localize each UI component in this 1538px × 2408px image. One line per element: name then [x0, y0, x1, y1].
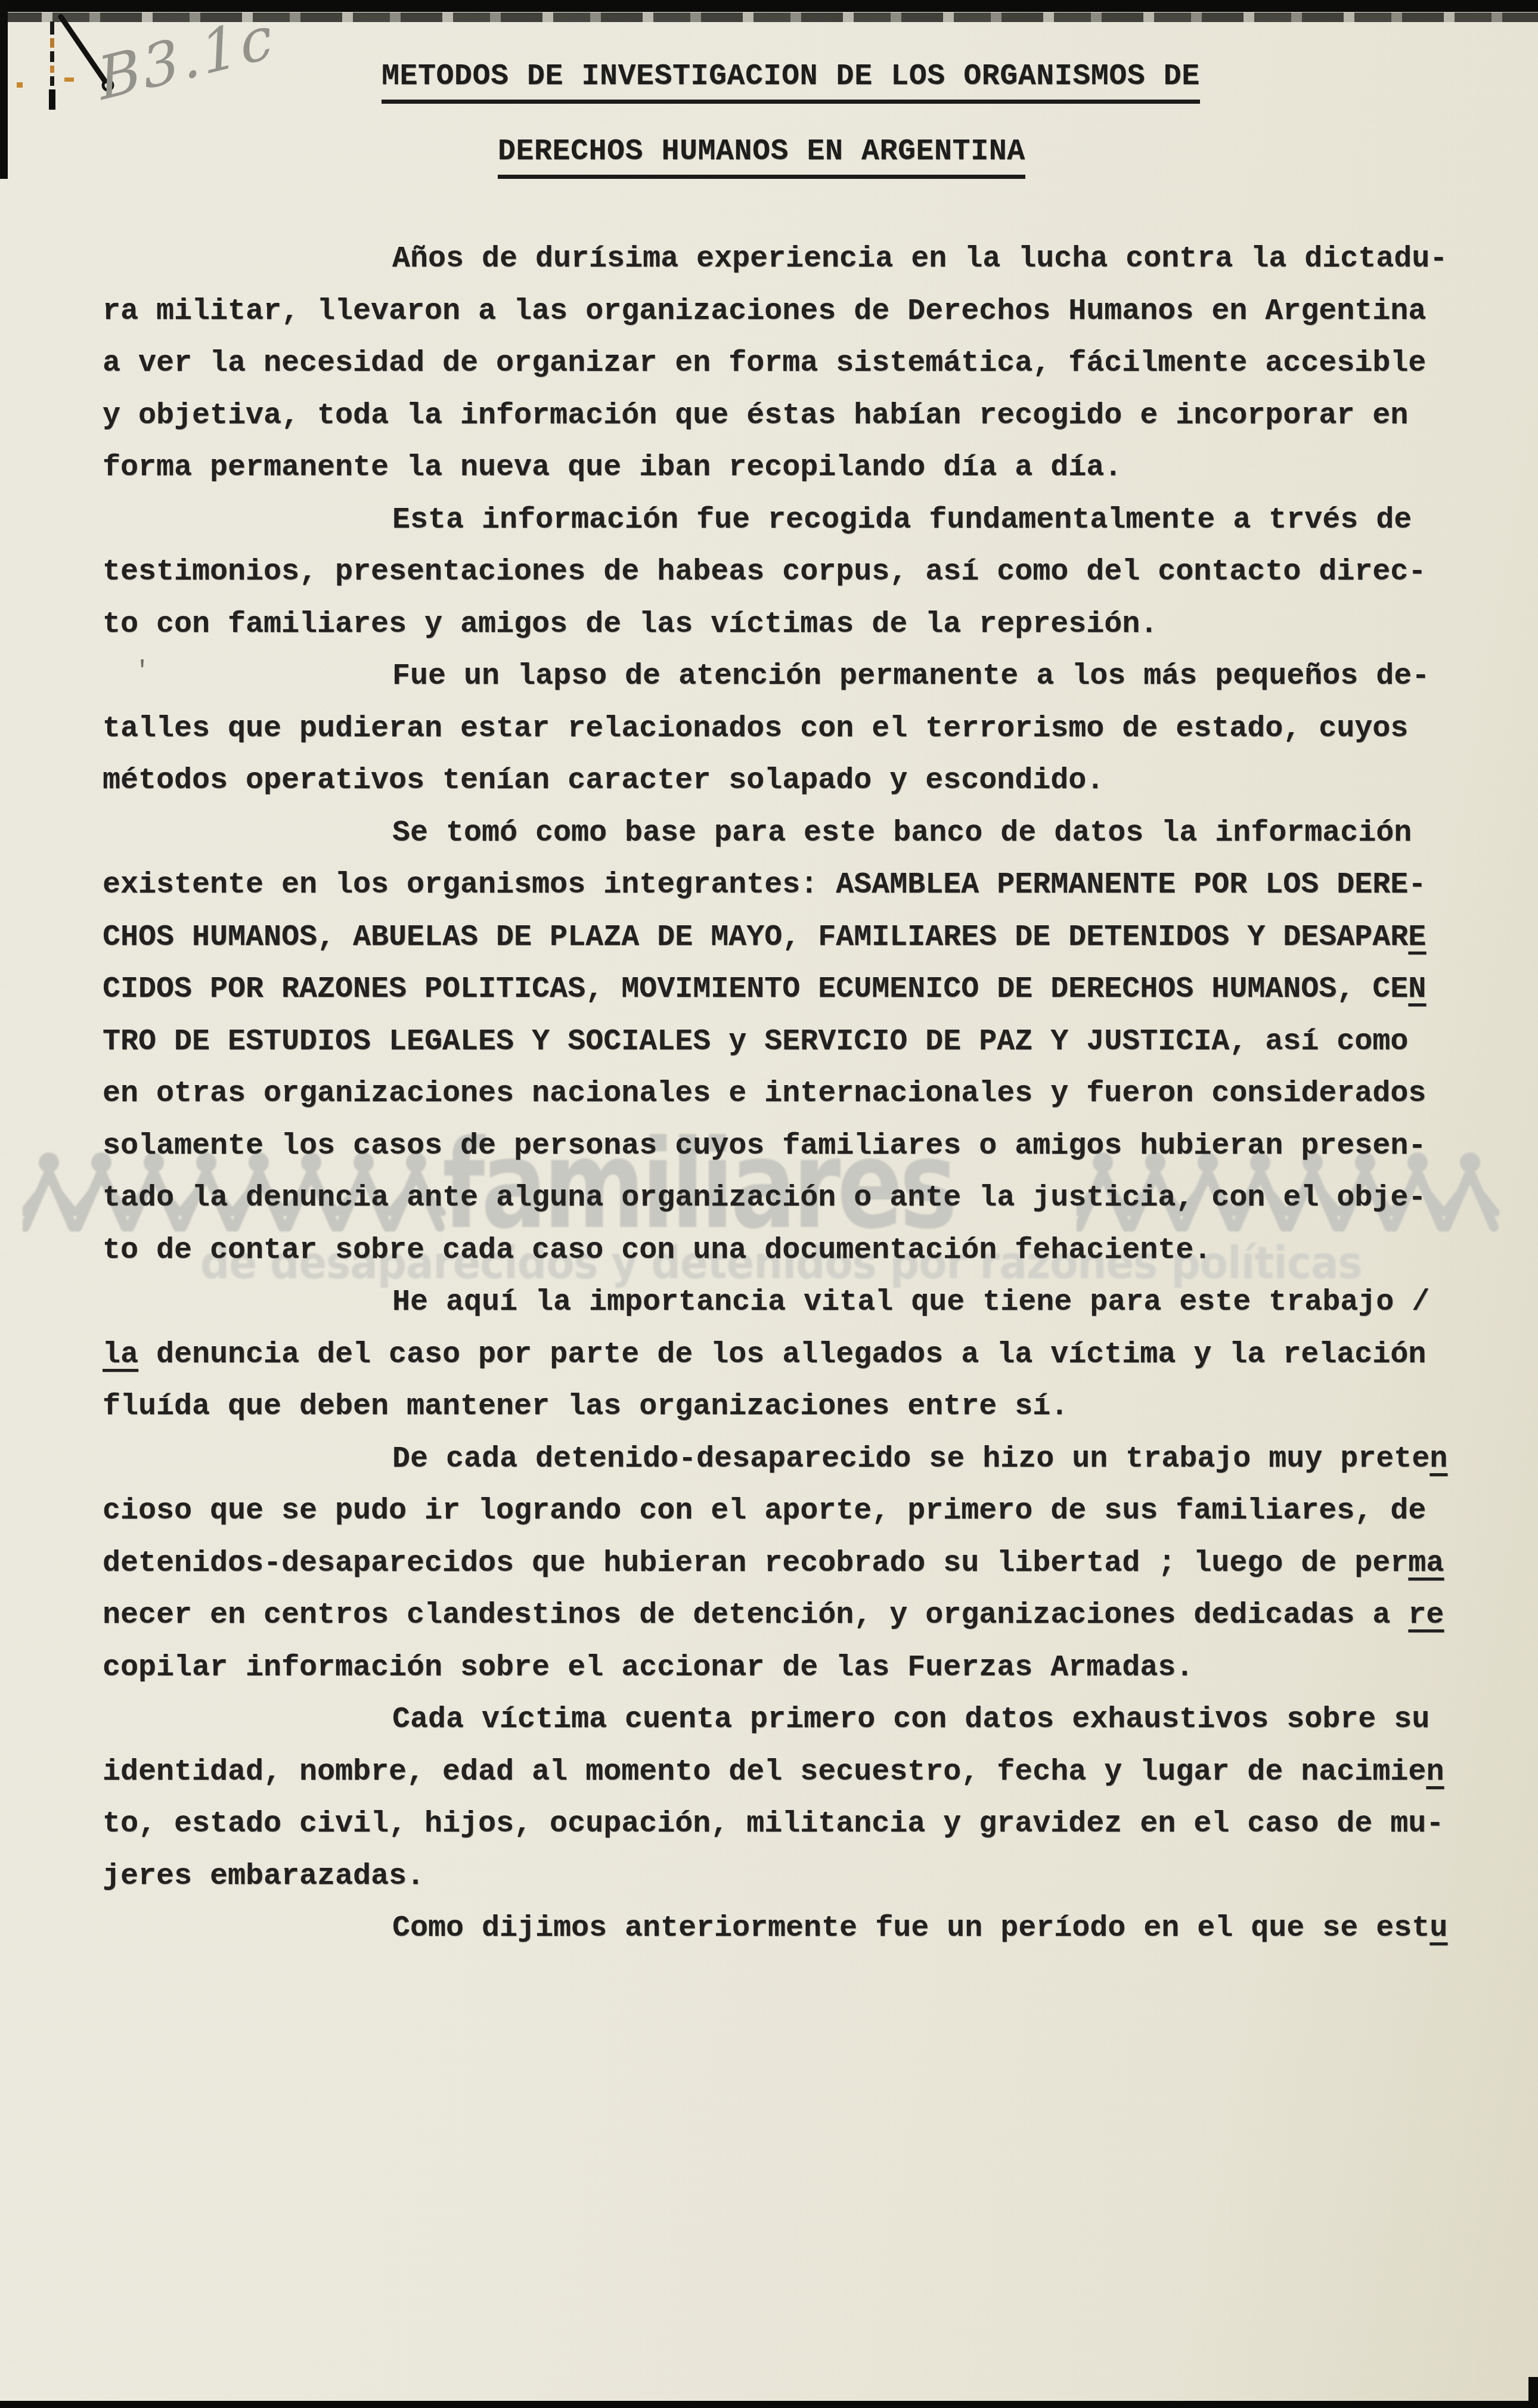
text-line: Fue un lapso de atención permanente a lo…	[103, 650, 1492, 703]
text-line: métodos operativos tenían caracter solap…	[103, 755, 1492, 807]
stray-typewriter-mark: '	[135, 657, 150, 686]
text-line: existente en los organismos integrantes:…	[103, 859, 1492, 912]
scan-bottom-edge-bar	[0, 2401, 1538, 2408]
scanned-document-page: B3.1c ' METODOS DE INVESTIGACION DE LOS …	[0, 0, 1538, 2408]
text-line: ra militar, llevaron a las organizacione…	[103, 286, 1492, 338]
paragraph: Cada víctima cuenta primero con datos ex…	[103, 1694, 1492, 1902]
typed-body-text: Años de durísima experiencia en la lucha…	[103, 233, 1492, 1955]
text-line: identidad, nombre, edad al momento del s…	[103, 1746, 1492, 1799]
text-line: tado la denuncia ante alguna organizació…	[103, 1172, 1492, 1225]
text-line: solamente los casos de personas cuyos fa…	[103, 1120, 1492, 1173]
text-line: TRO DE ESTUDIOS LEGALES Y SOCIALES y SER…	[103, 1016, 1492, 1068]
text-line: to de contar sobre cada caso con una doc…	[103, 1225, 1492, 1277]
text-line: Esta información fue recogida fundamenta…	[103, 494, 1492, 547]
text-line: Como dijimos anteriormente fue un períod…	[103, 1902, 1492, 1955]
text-line: to, estado civil, hijos, ocupación, mili…	[103, 1798, 1492, 1851]
text-line: jeres embarazadas.	[103, 1851, 1492, 1903]
text-line: CHOS HUMANOS, ABUELAS DE PLAZA DE MAYO, …	[103, 912, 1492, 964]
text-line: to con familiares y amigos de las víctim…	[103, 599, 1492, 651]
text-line: talles que pudieran estar relacionados c…	[103, 703, 1492, 755]
text-line: necer en centros clandestinos de detenci…	[103, 1589, 1492, 1642]
text-line: Cada víctima cuenta primero con datos ex…	[103, 1694, 1492, 1746]
document-title-line-1: METODOS DE INVESTIGACION DE LOS ORGANISM…	[382, 60, 1200, 104]
scan-corner-mark	[1528, 2377, 1538, 2408]
paragraph: Esta información fue recogida fundamenta…	[103, 494, 1492, 651]
document-title-line-2: DERECHOS HUMANOS EN ARGENTINA	[498, 135, 1025, 179]
text-line: Años de durísima experiencia en la lucha…	[103, 233, 1492, 286]
text-line: CIDOS POR RAZONES POLITICAS, MOVIMIENTO …	[103, 963, 1492, 1016]
text-line: en otras organizaciones nacionales e int…	[103, 1068, 1492, 1120]
text-line: He aquí la importancia vital que tiene p…	[103, 1276, 1492, 1329]
text-line: fluída que deben mantener las organizaci…	[103, 1381, 1492, 1433]
text-line: De cada detenido-desaparecido se hizo un…	[103, 1433, 1492, 1486]
text-line: testimonios, presentaciones de habeas co…	[103, 546, 1492, 599]
paragraph: Como dijimos anteriormente fue un períod…	[103, 1902, 1492, 1955]
paragraph: Años de durísima experiencia en la lucha…	[103, 233, 1492, 494]
paragraph: Fue un lapso de atención permanente a lo…	[103, 650, 1492, 807]
text-line: la denuncia del caso por parte de los al…	[103, 1329, 1492, 1381]
text-line: y objetiva, toda la información que ésta…	[103, 390, 1492, 442]
text-line: Se tomó como base para este banco de dat…	[103, 807, 1492, 860]
text-line: forma permanente la nueva que iban recop…	[103, 442, 1492, 494]
scan-top-edge-bar	[0, 0, 1538, 12]
text-line: cioso que se pudo ir logrando con el apo…	[103, 1485, 1492, 1538]
paragraph: De cada detenido-desaparecido se hizo un…	[103, 1433, 1492, 1694]
text-line: copilar información sobre el accionar de…	[103, 1642, 1492, 1694]
paragraph: Se tomó como base para este banco de dat…	[103, 807, 1492, 1277]
text-line: a ver la necesidad de organizar en forma…	[103, 337, 1492, 390]
paragraph: He aquí la importancia vital que tiene p…	[103, 1276, 1492, 1433]
text-line: detenidos-desaparecidos que hubieran rec…	[103, 1538, 1492, 1590]
